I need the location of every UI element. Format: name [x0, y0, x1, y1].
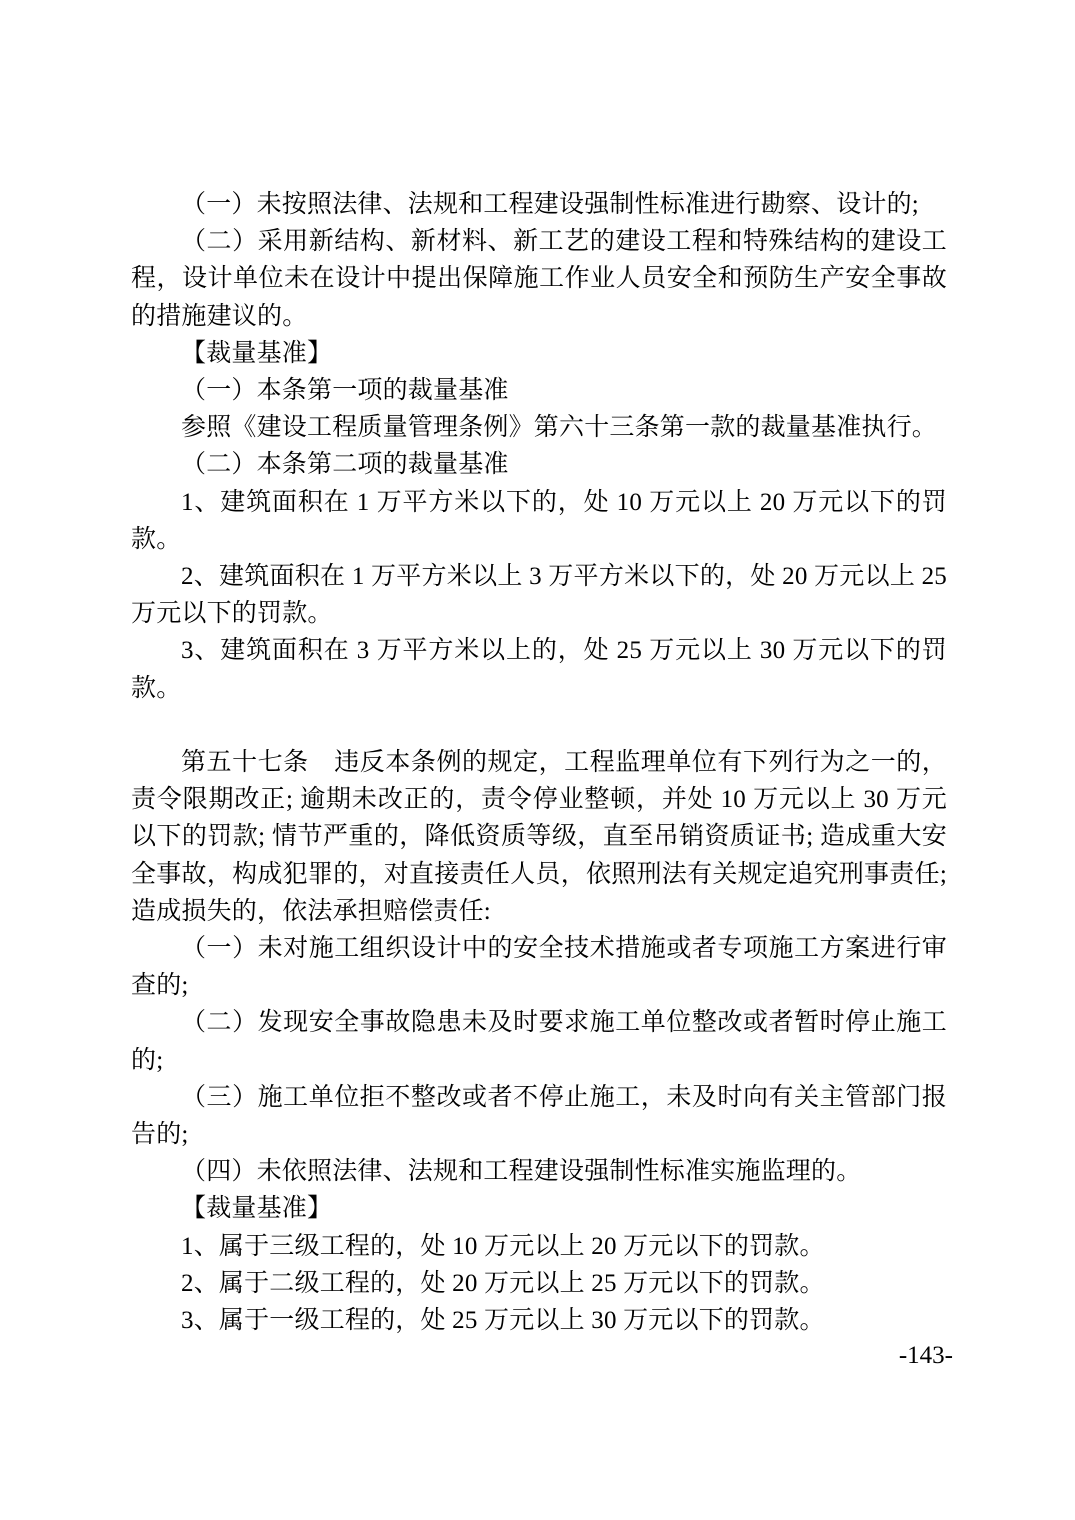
article57-clause-2: （二）发现安全事故隐患未及时要求施工单位整改或者暂时停止施工的; [131, 1004, 947, 1078]
penalty-tier-3: 3、建筑面积在 3 万平方米以上的，处 25 万元以上 30 万元以下的罚款。 [131, 632, 947, 706]
paragraph-clause-2: （二）采用新结构、新材料、新工艺的建设工程和特殊结构的建设工程，设计单位未在设计… [131, 223, 947, 335]
discretion-heading-1: 【裁量基准】 [131, 335, 947, 372]
article-57-paragraph: 第五十七条 违反本条例的规定，工程监理单位有下列行为之一的，责令限期改正; 逾期… [131, 744, 947, 930]
discretion-item-2: （二）本条第二项的裁量基准 [131, 446, 947, 483]
article57-penalty-tier-2: 2、属于二级工程的，处 20 万元以上 25 万元以下的罚款。 [131, 1265, 947, 1302]
document-page: （一）未按照法律、法规和工程建设强制性标准进行勘察、设计的; （二）采用新结构、… [0, 0, 1075, 1520]
page-number: -143- [131, 1341, 953, 1371]
penalty-tier-1: 1、建筑面积在 1 万平方米以下的，处 10 万元以上 20 万元以下的罚款。 [131, 484, 947, 558]
article57-penalty-tier-1: 1、属于三级工程的，处 10 万元以上 20 万元以下的罚款。 [131, 1228, 947, 1265]
discretion-item-1: （一）本条第一项的裁量基准 [131, 372, 947, 409]
article57-penalty-tier-3: 3、属于一级工程的，处 25 万元以上 30 万元以下的罚款。 [131, 1302, 947, 1339]
article57-clause-1: （一）未对施工组织设计中的安全技术措施或者专项施工方案进行审查的; [131, 930, 947, 1004]
discretion-heading-2: 【裁量基准】 [131, 1190, 947, 1227]
paragraph-clause-1: （一）未按照法律、法规和工程建设强制性标准进行勘察、设计的; [131, 186, 947, 223]
penalty-tier-2: 2、建筑面积在 1 万平方米以上 3 万平方米以下的，处 20 万元以上 25 … [131, 558, 947, 632]
article57-clause-3: （三）施工单位拒不整改或者不停止施工，未及时向有关主管部门报告的; [131, 1079, 947, 1153]
discretion-reference: 参照《建设工程质量管理条例》第六十三条第一款的裁量基准执行。 [131, 409, 947, 446]
document-body: （一）未按照法律、法规和工程建设强制性标准进行勘察、设计的; （二）采用新结构、… [131, 186, 947, 1339]
article57-clause-4: （四）未依照法律、法规和工程建设强制性标准实施监理的。 [131, 1153, 947, 1190]
